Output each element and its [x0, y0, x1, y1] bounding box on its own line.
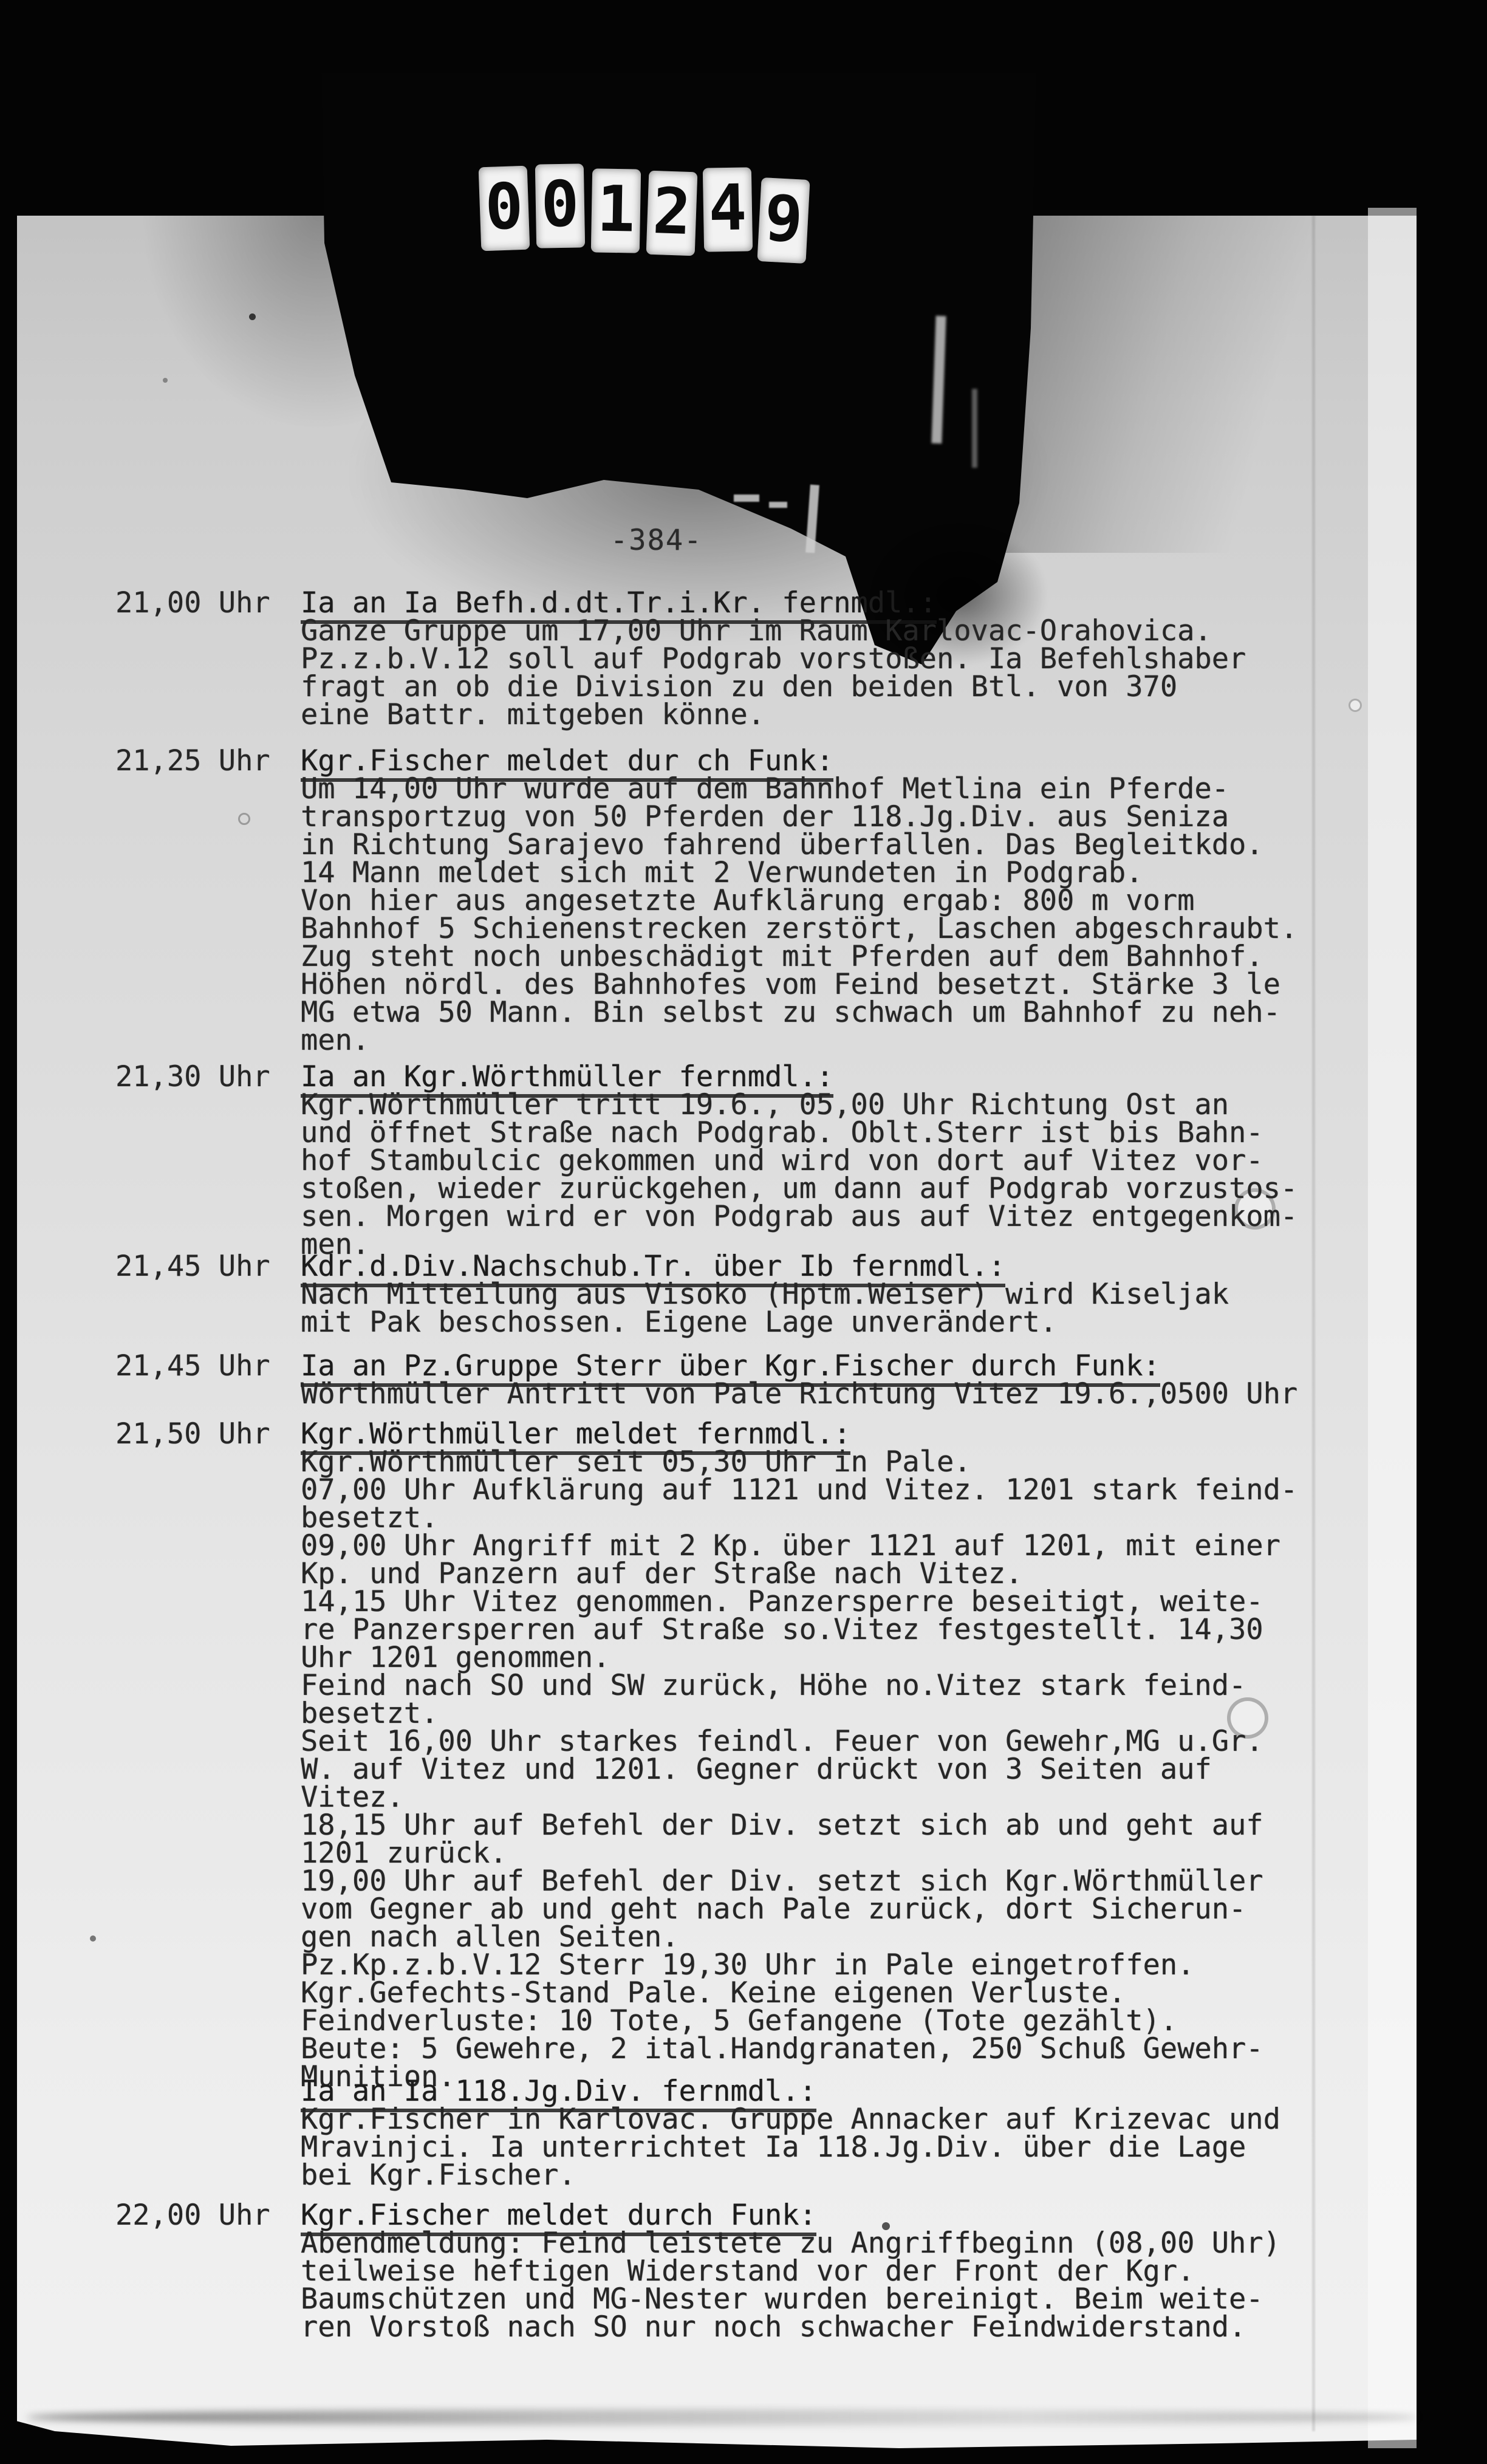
entry-line: Uhr 1201 genommen. — [301, 1644, 1370, 1672]
entry-line: besetzt. — [301, 1700, 1370, 1728]
entry-line: und öffnet Straße nach Podgrab. Oblt.Ste… — [301, 1119, 1370, 1147]
entry-line: Nach Mitteilung aus Visoko (Hptm.Weiser)… — [301, 1281, 1370, 1309]
device-mark — [769, 502, 787, 508]
entry-line: mit Pak beschossen. Eigene Lage unveränd… — [301, 1309, 1370, 1336]
entry-body: Ia an Pz.Gruppe Sterr über Kgr.Fischer d… — [301, 1352, 1370, 1408]
entry-line: Höhen nördl. des Bahnhofes vom Feind bes… — [301, 971, 1370, 999]
entry-line: Pz.Kp.z.b.V.12 Sterr 19,30 Uhr in Pale e… — [301, 1951, 1370, 1979]
entry-body: Ia an Kgr.Wörthmüller fernmdl.:Kgr.Wörth… — [301, 1063, 1370, 1259]
entry-header: Kdr.d.Div.Nachschub.Tr. über Ib fernmdl.… — [301, 1253, 1370, 1281]
entry-line: ren Vorstoß nach SO nur noch schwacher F… — [301, 2313, 1370, 2341]
entry-line: Kgr.Fischer in Karlovac. Gruppe Annacker… — [301, 2106, 1370, 2134]
entry-header: Ia an Kgr.Wörthmüller fernmdl.: — [301, 1063, 1370, 1091]
entry-line: W. auf Vitez und 1201. Gegner drückt von… — [301, 1756, 1370, 1784]
entry-line: Pz.z.b.V.12 soll auf Podgrab vorstoßen. … — [301, 645, 1370, 673]
entry-time: 21,45 Uhr — [115, 1253, 270, 1281]
entry-line: Abendmeldung: Feind leistete zu Angriffb… — [301, 2230, 1370, 2257]
entry-line: 19,00 Uhr auf Befehl der Div. setzt sich… — [301, 1867, 1370, 1895]
entry-line: besetzt. — [301, 1504, 1370, 1532]
entry-header: Kgr.Fischer meldet durch Funk: — [301, 2202, 1370, 2230]
entry-line: Ganze Gruppe um 17,00 Uhr im Raum Karlov… — [301, 617, 1370, 645]
paper-speck — [163, 378, 168, 383]
entry-line: in Richtung Sarajevo fahrend überfallen.… — [301, 831, 1370, 859]
entry-header: Ia an Ia 118.Jg.Div. fernmdl.: — [301, 2078, 1370, 2106]
entry-body: Kgr.Fischer meldet dur ch Funk:Um 14,00 … — [301, 747, 1370, 1055]
counter-digit: 4 — [703, 167, 753, 252]
entry-line: Beute: 5 Gewehre, 2 ital.Handgranaten, 2… — [301, 2035, 1370, 2063]
entry-line: hof Stambulcic gekommen und wird von dor… — [301, 1147, 1370, 1175]
entry-line: bei Kgr.Fischer. — [301, 2161, 1370, 2189]
entry-line: gen nach allen Seiten. — [301, 1923, 1370, 1951]
entry-line: fragt an ob die Division zu den beiden B… — [301, 673, 1370, 701]
entry-line: Kgr.Wörthmüller seit 05,30 Uhr in Pale. — [301, 1448, 1370, 1476]
entry-line: 14,15 Uhr Vitez genommen. Panzersperre b… — [301, 1588, 1370, 1616]
counter-digit: 2 — [646, 171, 698, 256]
paper-speck — [238, 813, 250, 825]
entry-line: Wörthmüller Antritt von Pale Richtung Vi… — [301, 1380, 1370, 1408]
entry-line: Mravinjci. Ia unterrichtet Ia 118.Jg.Div… — [301, 2134, 1370, 2161]
entry-line: re Panzersperren auf Straße so.Vitez fes… — [301, 1616, 1370, 1644]
entry-line: Vitez. — [301, 1784, 1370, 1812]
paper-crease-bottom — [27, 2409, 1418, 2425]
entry-line: teilweise heftigen Widerstand vor der Fr… — [301, 2257, 1370, 2285]
entry-header: Ia an Pz.Gruppe Sterr über Kgr.Fischer d… — [301, 1352, 1370, 1380]
film-border-left — [0, 0, 17, 2464]
entry-body: Ia an Ia Befh.d.dt.Tr.i.Kr. fernmdl.:Gan… — [301, 589, 1370, 729]
entry-line: Kp. und Panzern auf der Straße nach Vite… — [301, 1560, 1370, 1588]
entry-header: Ia an Ia Befh.d.dt.Tr.i.Kr. fernmdl.: — [301, 589, 1370, 617]
page-number: -384- — [610, 524, 702, 557]
entry-line: sen. Morgen wird er von Podgrab aus auf … — [301, 1203, 1370, 1231]
entry-line: Baumschützen und MG-Nester wurden berein… — [301, 2285, 1370, 2313]
entry-time: 21,00 Uhr — [115, 589, 270, 617]
counter-digit: 1 — [591, 168, 641, 253]
entry-line: eine Battr. mitgeben könne. — [301, 701, 1370, 729]
paper-speck — [249, 313, 256, 320]
paper-edge-highlight — [1368, 208, 1417, 2448]
entry-line: 18,15 Uhr auf Befehl der Div. setzt sich… — [301, 1812, 1370, 1839]
entry-line: vom Gegner ab und geht nach Pale zurück,… — [301, 1895, 1370, 1923]
entry-line: 09,00 Uhr Angriff mit 2 Kp. über 1121 au… — [301, 1532, 1370, 1560]
entry-line: Bahnhof 5 Schienenstrecken zerstört, Las… — [301, 915, 1370, 943]
film-border-right — [1417, 0, 1487, 2464]
entry-line: Feindverluste: 10 Tote, 5 Gefangene (Tot… — [301, 2007, 1370, 2035]
entry-line: Kgr.Gefechts-Stand Pale. Keine eigenen V… — [301, 1979, 1370, 2007]
counter-digit: 9 — [757, 177, 810, 264]
entry-body: Kdr.d.Div.Nachschub.Tr. über Ib fernmdl.… — [301, 1253, 1370, 1336]
entry-time: 21,30 Uhr — [115, 1063, 270, 1091]
entry-line: Um 14,00 Uhr wurde auf dem Bahnhof Metli… — [301, 775, 1370, 803]
entry-line: Von hier aus angesetzte Aufklärung ergab… — [301, 887, 1370, 915]
entry-body: Kgr.Wörthmüller meldet fernmdl.:Kgr.Wört… — [301, 1420, 1370, 2091]
entry-line: transportzug von 50 Pferden der 118.Jg.D… — [301, 803, 1370, 831]
entry-body: Ia an Ia 118.Jg.Div. fernmdl.:Kgr.Fische… — [301, 2078, 1370, 2189]
counter-digit: 0 — [535, 163, 585, 248]
entry-line: 14 Mann meldet sich mit 2 Verwundeten in… — [301, 859, 1370, 887]
entry-time: 21,45 Uhr — [115, 1352, 270, 1380]
device-highlight-slit — [972, 389, 977, 468]
entry-line: Seit 16,00 Uhr starkes feindl. Feuer von… — [301, 1728, 1370, 1756]
entry-time: 21,25 Uhr — [115, 747, 270, 775]
entry-line: Kgr.Wörthmüller tritt 19.6., 05,00 Uhr R… — [301, 1091, 1370, 1119]
device-mark — [734, 495, 759, 502]
entry-line: MG etwa 50 Mann. Bin selbst zu schwach u… — [301, 999, 1370, 1027]
entry-line: 07,00 Uhr Aufklärung auf 1121 und Vitez.… — [301, 1476, 1370, 1504]
entry-line: stoßen, wieder zurückgehen, um dann auf … — [301, 1175, 1370, 1203]
entry-header: Kgr.Wörthmüller meldet fernmdl.: — [301, 1420, 1370, 1448]
entry-line: Feind nach SO und SW zurück, Höhe no.Vit… — [301, 1672, 1370, 1700]
entry-line: Zug steht noch unbeschädigt mit Pferden … — [301, 943, 1370, 971]
entry-time: 22,00 Uhr — [115, 2202, 270, 2230]
entry-line: 1201 zurück. — [301, 1839, 1370, 1867]
paper-speck — [90, 1935, 96, 1942]
entry-time: 21,50 Uhr — [115, 1420, 270, 1448]
entry-line: men. — [301, 1027, 1370, 1055]
entry-body: Kgr.Fischer meldet durch Funk:Abendmeldu… — [301, 2202, 1370, 2341]
counter-digit: 0 — [479, 166, 530, 252]
entry-header: Kgr.Fischer meldet dur ch Funk: — [301, 747, 1370, 775]
